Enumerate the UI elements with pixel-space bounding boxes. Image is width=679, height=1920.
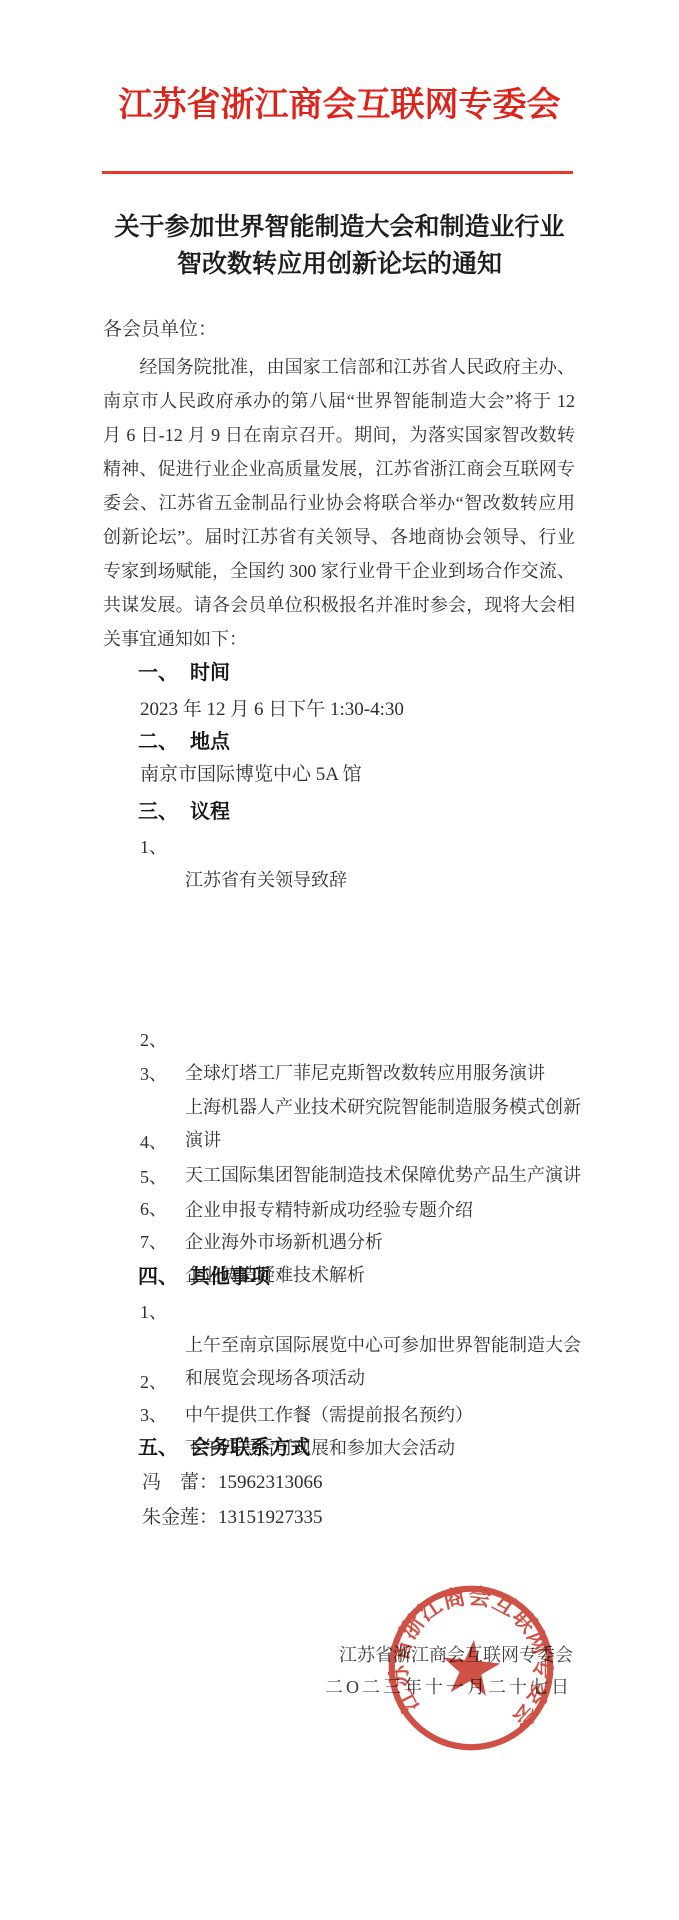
section-label: 地点 bbox=[190, 731, 230, 753]
section-heading-time: 一、时间 bbox=[138, 659, 230, 687]
section-label: 会务联系方式 bbox=[190, 1437, 310, 1459]
document-title: 关于参加世界智能制造大会和制造业行业 智改数转应用创新论坛的通知 bbox=[0, 209, 679, 283]
section-heading-location: 二、地点 bbox=[138, 728, 230, 756]
document-title-line2: 智改数转应用创新论坛的通知 bbox=[0, 246, 679, 283]
section-heading-contact: 五、会务联系方式 bbox=[138, 1434, 310, 1462]
contact-colon: ： bbox=[199, 1472, 218, 1493]
section-label: 其他事项 bbox=[190, 1266, 270, 1288]
section-label: 时间 bbox=[190, 662, 230, 684]
item-number: 1、 bbox=[140, 831, 167, 864]
item-number: 6、 bbox=[140, 1193, 167, 1226]
document-title-line1: 关于参加世界智能制造大会和制造业行业 bbox=[0, 209, 679, 246]
location-value: 南京市国际博览中心 5A 馆 bbox=[140, 762, 362, 788]
item-number: 2、 bbox=[140, 1024, 167, 1057]
item-number: 4、 bbox=[140, 1126, 167, 1159]
contact-name: 朱金莲 bbox=[142, 1507, 199, 1528]
time-value: 2023 年 12 月 6 日下午 1:30-4:30 bbox=[140, 697, 404, 723]
seal-star-icon bbox=[440, 1637, 503, 1697]
letterhead-org-title: 江苏省浙江商会互联网专委会 bbox=[0, 84, 679, 128]
item-text: 江苏省有关领导致辞 bbox=[185, 870, 347, 890]
contact-name: 冯 蕾 bbox=[142, 1472, 199, 1493]
section-number: 四、 bbox=[138, 1266, 178, 1288]
item-number: 2、 bbox=[140, 1366, 167, 1399]
item-number: 5、 bbox=[140, 1161, 167, 1194]
item-number: 3、 bbox=[140, 1058, 167, 1091]
contact-row: 冯 蕾：15962313066 bbox=[142, 1470, 323, 1496]
letterhead-divider-rule bbox=[102, 171, 573, 174]
agenda-item: 1、江苏省有关领导致辞 bbox=[140, 831, 585, 897]
section-number: 一、 bbox=[138, 662, 178, 684]
official-seal: 江苏省浙江商会互联网专委会 bbox=[373, 1570, 569, 1766]
item-number: 7、 bbox=[140, 1226, 167, 1259]
section-number: 五、 bbox=[138, 1437, 178, 1459]
intro-paragraph: 经国务院批准，由国家工信部和江苏省人民政府主办、 南京市人民政府承办的第八届“世… bbox=[103, 350, 575, 622]
salutation: 各会员单位： bbox=[103, 317, 217, 343]
section-heading-agenda: 三、议程 bbox=[138, 798, 230, 826]
section-label: 议程 bbox=[190, 801, 230, 823]
item-number: 1、 bbox=[140, 1296, 167, 1329]
contact-phone: 15962313066 bbox=[218, 1472, 323, 1493]
section-heading-other: 四、其他事项 bbox=[138, 1263, 270, 1291]
notice-document-page: 江苏省浙江商会互联网专委会 关于参加世界智能制造大会和制造业行业 智改数转应用创… bbox=[0, 0, 679, 1920]
contact-phone: 13151927335 bbox=[218, 1507, 323, 1528]
section-number: 三、 bbox=[138, 801, 178, 823]
section-number: 二、 bbox=[138, 731, 178, 753]
item-number: 3、 bbox=[140, 1399, 167, 1432]
contact-colon: ： bbox=[199, 1507, 218, 1528]
contact-row: 朱金莲：13151927335 bbox=[142, 1505, 323, 1531]
intro-paragraph-last-line: 关事宜通知如下： bbox=[103, 622, 247, 656]
